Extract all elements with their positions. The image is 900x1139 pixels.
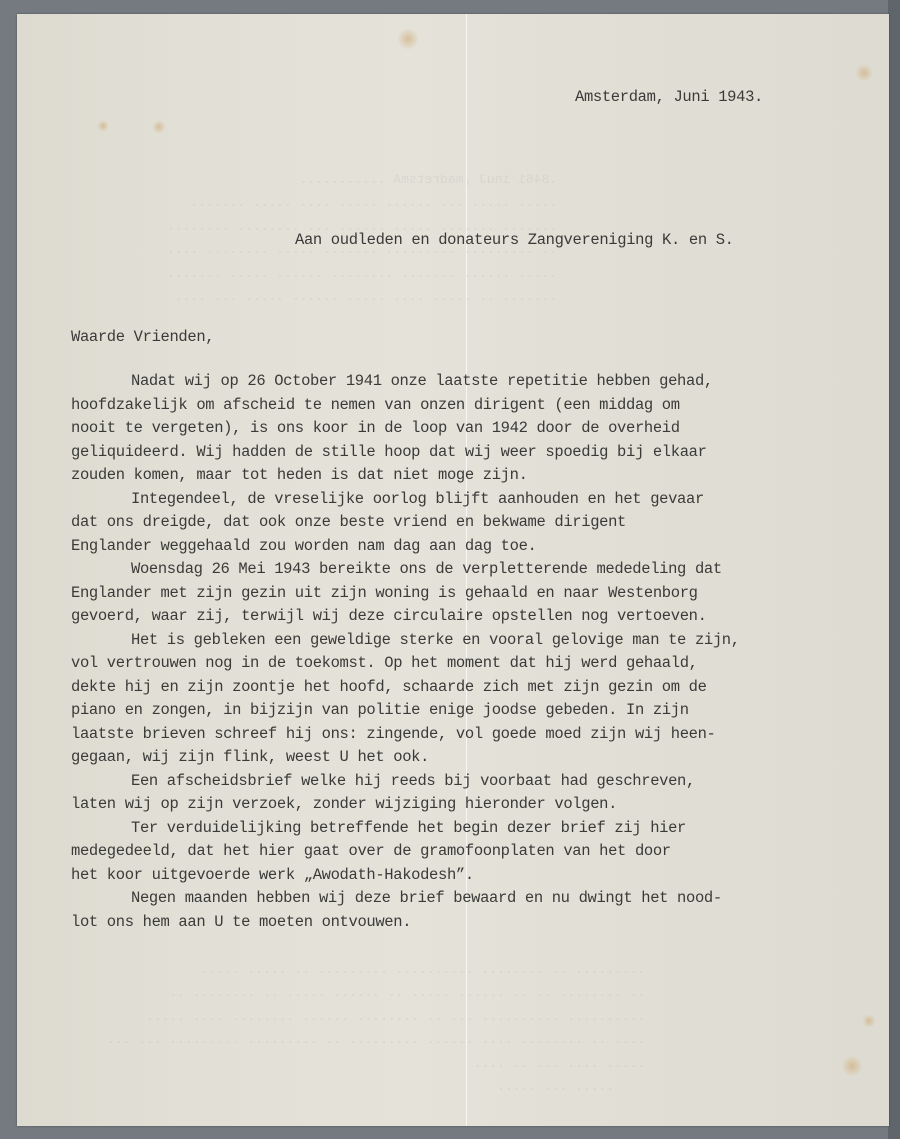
- body-line: Ter verduidelijking betreffende het begi…: [71, 817, 740, 841]
- body-line: Woensdag 26 Mei 1943 bereikte ons de ver…: [71, 558, 740, 582]
- body-line: zouden komen, maar tot heden is dat niet…: [71, 464, 740, 488]
- body-line: gevoerd, waar zij, terwijl wij deze circ…: [71, 605, 740, 629]
- body-line: dekte hij en zijn zoontje het hoofd, sch…: [71, 676, 740, 700]
- body-line: hoofdzakelijk om afscheid te nemen van o…: [71, 394, 740, 418]
- letter-date: Amsterdam, Juni 1943.: [575, 88, 763, 106]
- body-line: geliquideerd. Wij hadden de stille hoop …: [71, 441, 740, 465]
- foxing-stain: [842, 1054, 862, 1078]
- body-line: laten wij op zijn verzoek, zonder wijzig…: [71, 793, 740, 817]
- body-line: Negen maanden hebben wij deze brief bewa…: [71, 887, 740, 911]
- letter-salutation: Waarde Vrienden,: [71, 328, 214, 346]
- scan-edge: [888, 0, 900, 1139]
- body-line: Het is gebleken een geweldige sterke en …: [71, 629, 740, 653]
- body-line: lot ons hem aan U te moeten ontvouwen.: [71, 911, 740, 935]
- foxing-stain: [855, 64, 873, 82]
- show-through-text: ......... .. ........ .......... .......…: [107, 934, 645, 1122]
- letter-body: Nadat wij op 26 October 1941 onze laatst…: [71, 370, 740, 934]
- body-line: vol vertrouwen nog in de toekomst. Op he…: [71, 652, 740, 676]
- body-line: Nadat wij op 26 October 1941 onze laatst…: [71, 370, 740, 394]
- body-line: gegaan, wij zijn flink, weest U het ook.: [71, 746, 740, 770]
- body-line: Englander met zijn gezin uit zijn woning…: [71, 582, 740, 606]
- foxing-stain: [152, 120, 166, 134]
- body-line: laatste brieven schreef hij ons: zingend…: [71, 723, 740, 747]
- foxing-stain: [862, 1014, 876, 1028]
- letter-recipient: Aan oudleden en donateurs Zangvereniging…: [295, 231, 734, 249]
- body-line: Englander weggehaald zou worden nam dag …: [71, 535, 740, 559]
- foxing-stain: [397, 28, 419, 50]
- body-line: nooit te vergeten), is ons koor in de lo…: [71, 417, 740, 441]
- body-line: Integendeel, de vreselijke oorlog blijft…: [71, 488, 740, 512]
- body-line: piano en zongen, in bijzijn van politie …: [71, 699, 740, 723]
- body-line: dat ons dreigde, dat ook onze beste vrie…: [71, 511, 740, 535]
- body-line: medegedeeld, dat het hier gaat over de g…: [71, 840, 740, 864]
- body-line: Een afscheidsbrief welke hij reeds bij v…: [71, 770, 740, 794]
- foxing-stain: [97, 120, 109, 132]
- body-line: het koor uitgevoerde werk „Awodath-Hakod…: [71, 864, 740, 888]
